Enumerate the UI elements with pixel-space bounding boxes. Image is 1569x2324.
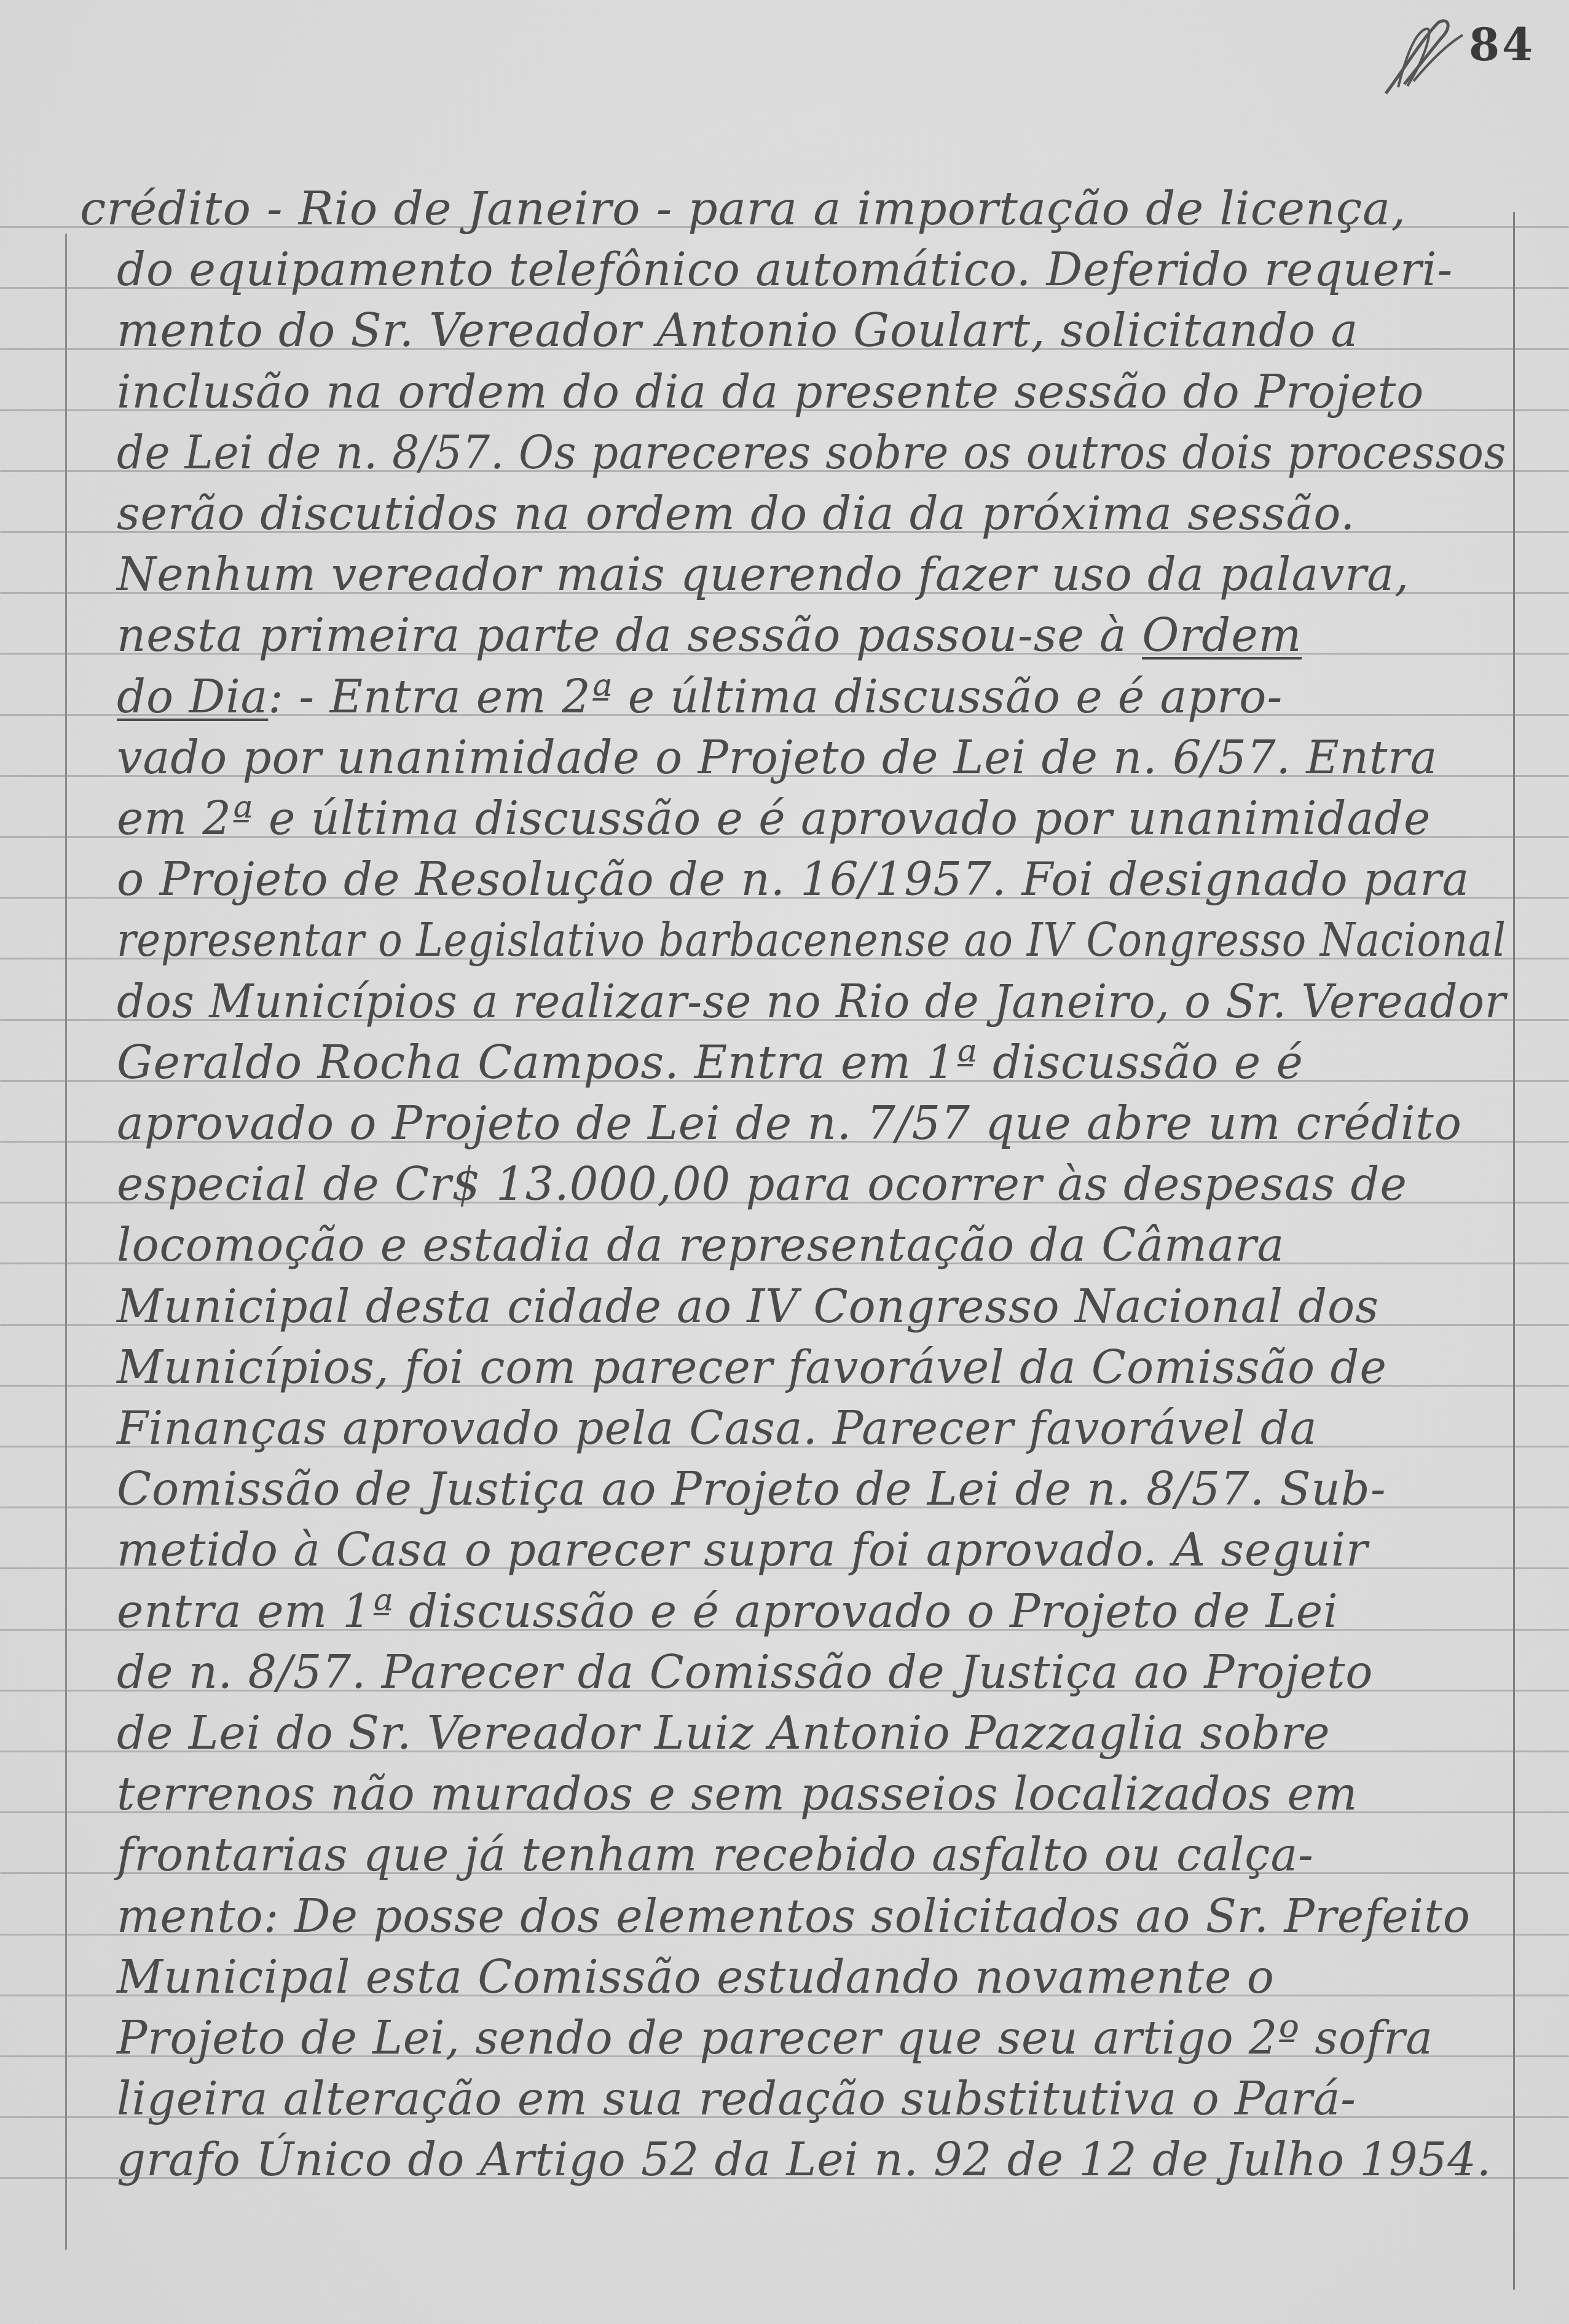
handwritten-line: terrenos não murados e sem passeios loca… <box>117 1763 1505 1825</box>
handwritten-line: Municípios, foi com parecer favorável da… <box>117 1337 1505 1398</box>
handwritten-line: serão discutidos na ordem do dia da próx… <box>117 483 1505 545</box>
handwritten-line: Municipal desta cidade ao IV Congresso N… <box>117 1276 1505 1337</box>
handwritten-line: do equipamento telefônico automático. De… <box>117 239 1505 301</box>
right-margin-line <box>1513 212 1515 2290</box>
handwritten-line: aprovado o Projeto de Lei de n. 7/57 que… <box>117 1093 1505 1154</box>
handwritten-line: crédito - Rio de Janeiro - para a import… <box>80 178 1512 240</box>
underlined-heading: do Dia <box>117 671 268 723</box>
handwritten-line: Finanças aprovado pela Casa. Parecer fav… <box>117 1398 1505 1459</box>
handwritten-line: Projeto de Lei, sendo de parecer que seu… <box>117 2007 1505 2069</box>
folio-number: 84 <box>1469 18 1535 71</box>
underlined-heading: Ordem <box>1142 609 1302 662</box>
handwritten-line: metido à Casa o parecer supra foi aprova… <box>117 1519 1505 1581</box>
handwritten-line: grafo Único do Artigo 52 da Lei n. 92 de… <box>117 2129 1505 2191</box>
handwritten-line: inclusão na ordem do dia da presente ses… <box>117 361 1505 423</box>
handwritten-line: dos Municípios a realizar-se no Rio de J… <box>117 971 1455 1033</box>
handwritten-line: mento: De posse dos elementos solicitado… <box>117 1886 1505 1947</box>
handwritten-line: em 2ª e última discussão e é aprovado po… <box>117 788 1505 849</box>
document-page: 84 crédito - Rio de Janeiro - para a imp… <box>0 0 1569 2324</box>
handwritten-line: Nenhum vereador mais querendo fazer uso … <box>117 544 1505 605</box>
handwritten-line: Geraldo Rocha Campos. Entra em 1ª discus… <box>117 1032 1505 1093</box>
handwritten-line: vado por unanimidade o Projeto de Lei de… <box>117 727 1505 789</box>
handwritten-line: ligeira alteração em sua redação substit… <box>117 2068 1505 2130</box>
left-margin-line <box>65 234 67 2250</box>
handwritten-line: representar o Legislativo barbacenense a… <box>117 910 1358 971</box>
handwritten-line: mento do Sr. Vereador Antonio Goulart, s… <box>117 300 1505 361</box>
handwritten-line: do Dia: - Entra em 2ª e última discussão… <box>117 666 1505 728</box>
handwritten-line: de Lei do Sr. Vereador Luiz Antonio Pazz… <box>117 1703 1505 1764</box>
signature-rubric-icon <box>1380 14 1466 100</box>
handwritten-line: Comissão de Justiça ao Projeto de Lei de… <box>117 1459 1505 1520</box>
handwritten-line: entra em 1ª discussão e é aprovado o Pro… <box>117 1581 1505 1642</box>
handwritten-line: o Projeto de Resolução de n. 16/1957. Fo… <box>117 849 1505 910</box>
handwritten-line: especial de Cr$ 13.000,00 para ocorrer à… <box>117 1154 1505 1215</box>
handwritten-line: locomoção e estadia da representação da … <box>117 1215 1505 1276</box>
handwritten-line: de Lei de n. 8/57. Os pareceres sobre os… <box>117 422 1433 484</box>
handwritten-line: nesta primeira parte da sessão passou-se… <box>117 605 1505 666</box>
handwritten-line: de n. 8/57. Parecer da Comissão de Justi… <box>117 1642 1505 1703</box>
handwritten-line: Municipal esta Comissão estudando novame… <box>117 1947 1505 2008</box>
handwritten-line: frontarias que já tenham recebido asfalt… <box>117 1824 1505 1886</box>
